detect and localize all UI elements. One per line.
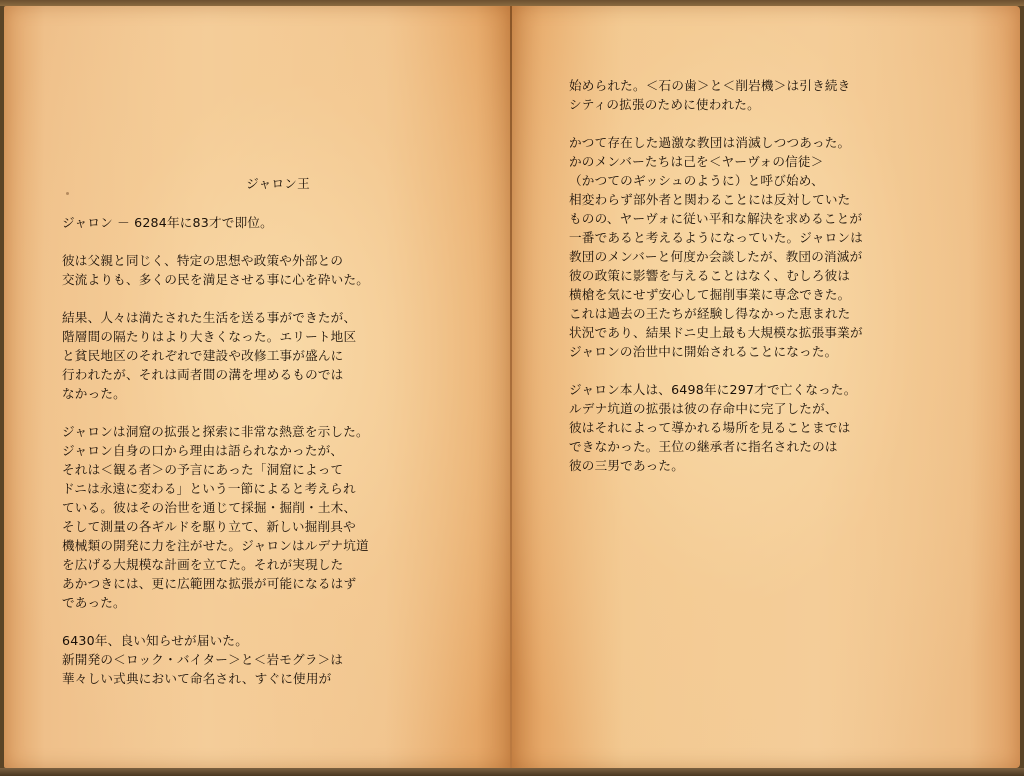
right-page-text: 始められた。＜石の歯＞と＜削岩機＞は引き続き シティの拡張のために使われた。 か… bbox=[569, 76, 899, 475]
book-bottom-edge bbox=[0, 768, 1024, 776]
paragraph-good-news: 6430年、良い知らせが届いた。 新開発の＜ロック・バイター＞と＜岩モグラ＞は … bbox=[62, 631, 392, 688]
paragraph-caves: ジャロンは洞窟の拡張と探索に非常な熱意を示した。 ジャロン自身の口から理由は語ら… bbox=[62, 422, 392, 612]
paragraph-accession: ジャロン － 6284年に83才で即位。 bbox=[62, 213, 392, 232]
paragraph-death: ジャロン本人は、6498年に297才で亡くなった。 ルデナ坑道の拡張は彼の存命中… bbox=[569, 380, 899, 475]
paper-stain bbox=[66, 192, 69, 195]
page-title: ジャロン王 bbox=[4, 174, 512, 193]
left-page-text: ジャロン － 6284年に83才で即位。 彼は父親と同じく、特定の思想や政策や外… bbox=[62, 213, 392, 688]
right-page[interactable]: 始められた。＜石の歯＞と＜削岩機＞は引き続き シティの拡張のために使われた。 か… bbox=[512, 6, 1020, 768]
paragraph-continuation: 始められた。＜石の歯＞と＜削岩機＞は引き続き シティの拡張のために使われた。 bbox=[569, 76, 899, 114]
open-book: ジャロン王 ジャロン － 6284年に83才で即位。 彼は父親と同じく、特定の思… bbox=[0, 0, 1024, 776]
paragraph-cult: かつて存在した過激な教団は消滅しつつあった。 かのメンバーたちは己を＜ヤーヴォの… bbox=[569, 133, 899, 361]
left-page[interactable]: ジャロン王 ジャロン － 6284年に83才で即位。 彼は父親と同じく、特定の思… bbox=[4, 6, 512, 768]
paragraph-districts: 結果、人々は満たされた生活を送る事ができたが、 階層間の隔たりはより大きくなった… bbox=[62, 308, 392, 403]
paragraph-policy: 彼は父親と同じく、特定の思想や政策や外部との 交流よりも、多くの民を満足させる事… bbox=[62, 251, 392, 289]
